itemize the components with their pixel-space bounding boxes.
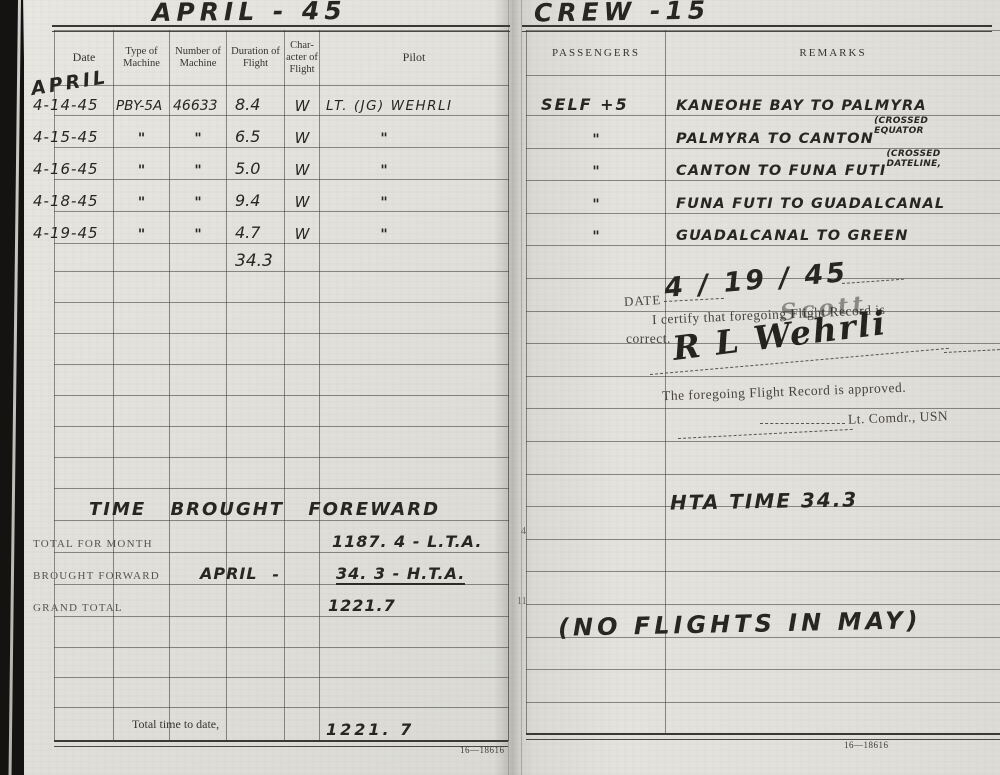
flight-date: 4-18-45 <box>33 192 99 210</box>
ditto-mark: " <box>290 163 478 179</box>
empty-row <box>55 617 509 648</box>
ditto-mark: " <box>170 131 226 147</box>
col-header-duration: Duration of Flight <box>227 31 285 86</box>
flight-duration: 9.4 <box>227 191 260 210</box>
flight-character: W <box>285 97 319 115</box>
left-page: APRIL - 45 DateAPRIL Type of Machine Num… <box>24 0 512 775</box>
form-number: 16—18616 <box>844 740 889 750</box>
time-brought-forward-row: TIME BROUGHT FOREWARD <box>55 489 509 521</box>
ditto-mark: " <box>114 163 169 179</box>
remarks-value: CANTON TO FUNA FUTI <box>666 163 887 179</box>
flight-duration: 5.0 <box>227 159 260 178</box>
empty-row <box>527 702 1000 735</box>
empty-row <box>55 678 509 708</box>
dashed-line <box>760 423 845 424</box>
empty-row <box>55 303 509 334</box>
remarks-value: KANEOHE BAY TO PALMYRA <box>666 98 927 114</box>
empty-row <box>527 441 1000 474</box>
empty-row <box>527 539 1000 572</box>
ditto-mark: " <box>114 131 169 147</box>
certification-date-label: DATE <box>624 292 662 310</box>
right-page-title: CREW -15 <box>534 0 711 28</box>
entry-row: " CANTON TO FUNA FUTI(CROSSED DATELINE, <box>527 148 1000 181</box>
left-page-title: APRIL - 45 <box>152 0 347 27</box>
ditto-mark: " <box>527 164 665 180</box>
ditto-mark: " <box>290 131 478 147</box>
gutter-crease <box>521 0 522 775</box>
passengers-value: SELF +5 <box>527 95 629 114</box>
month-total-value: 34.3 <box>227 251 273 271</box>
date-header-label: Date <box>73 50 96 64</box>
remarks-note: (CROSSED DATELINE, <box>887 149 953 170</box>
total-time-row: Total time to date, 1221. 7 <box>55 708 509 741</box>
remarks-value: GUADALCANAL TO GREEN <box>666 228 909 244</box>
ditto-mark: " <box>170 227 226 243</box>
ditto-mark: " <box>527 229 665 245</box>
flight-row: 4-15-45 " " 6.5 W " <box>55 116 509 148</box>
flight-date: 4-15-45 <box>33 128 99 146</box>
flight-date: 4-16-45 <box>33 160 99 178</box>
ditto-mark: " <box>290 195 478 211</box>
right-bottom-rule <box>526 733 1000 740</box>
brought-forward-label: BROUGHT FORWARD <box>33 570 160 582</box>
brought-forward-value: 34. 3 - H.T.A. <box>336 564 465 585</box>
entry-row: " FUNA FUTI TO GUADALCANAL <box>527 181 1000 214</box>
empty-row <box>527 572 1000 605</box>
col-header-type: Type of Machine <box>114 31 170 86</box>
flight-row: 4-14-45 PBY-5A 46633 8.4 W LT. (JG) WEHR… <box>55 86 509 116</box>
binding-highlight <box>9 0 21 775</box>
empty-row <box>527 637 1000 670</box>
ditto-mark: " <box>114 227 169 243</box>
empty-row <box>55 396 509 427</box>
flight-row: 4-16-45 " " 5.0 W " <box>55 148 509 180</box>
ditto-mark: " <box>170 163 226 179</box>
ditto-mark: " <box>290 227 478 243</box>
gutter-crease <box>508 0 509 775</box>
entry-row: " PALMYRA TO CANTON(CROSSED EQUATOR <box>527 116 1000 149</box>
machine-type: PBY-5A <box>114 98 162 114</box>
flight-duration: 8.4 <box>227 95 260 114</box>
total-for-month-value: 1187. 4 - L.T.A. <box>320 532 482 551</box>
col-header-remarks: REMARKS <box>666 31 1000 76</box>
empty-row <box>55 272 509 303</box>
time-brought-forward-note: TIME BROUGHT FOREWARD <box>55 499 440 520</box>
entry-row: " GUADALCANAL TO GREEN <box>527 213 1000 246</box>
empty-row <box>527 670 1000 703</box>
month-total-row: 34.3 <box>55 244 509 272</box>
empty-row <box>55 334 509 365</box>
grand-total-label: GRAND TOTAL <box>33 602 123 614</box>
col-header-number: Number of Machine <box>170 31 227 86</box>
logbook-photo: APRIL - 45 DateAPRIL Type of Machine Num… <box>0 0 1000 775</box>
empty-row <box>55 365 509 396</box>
remarks-value: FUNA FUTI TO GUADALCANAL <box>666 196 945 212</box>
ditto-mark: " <box>170 195 226 211</box>
flight-row: 4-19-45 " " 4.7 W " <box>55 212 509 244</box>
remarks-note: (CROSSED EQUATOR <box>874 116 940 137</box>
brought-forward-month: APRIL <box>170 564 258 583</box>
hta-time-note: HTA TIME 34.3 <box>670 487 859 514</box>
right-page: CREW -15 PASSENGERS REMARKS SELF +5 KANE… <box>512 0 1000 775</box>
ditto-mark: " <box>114 195 169 211</box>
ditto-mark: " <box>527 197 665 213</box>
empty-row <box>55 458 509 489</box>
remarks-value: PALMYRA TO CANTON <box>666 131 874 147</box>
total-time-label: Total time to date, <box>132 717 219 731</box>
col-header-passengers: PASSENGERS <box>527 31 666 76</box>
pilot-name: LT. (JG) WEHRLI <box>320 98 453 114</box>
flight-log-table: DateAPRIL Type of Machine Number of Mach… <box>54 30 509 741</box>
entry-row: SELF +5 KANEOHE BAY TO PALMYRA <box>527 76 1000 116</box>
flight-date: 4-19-45 <box>33 224 99 242</box>
flight-duration: 4.7 <box>227 223 260 242</box>
grand-total-value: 1221.7 <box>320 596 396 615</box>
certify-statement-line2: correct. <box>626 331 671 347</box>
table-header-row: PASSENGERS REMARKS <box>527 31 1000 76</box>
grand-total-row: GRAND TOTAL 1221.7 <box>55 585 509 617</box>
total-time-value: 1221. 7 <box>320 720 414 739</box>
empty-row <box>55 648 509 678</box>
flight-row: 4-18-45 " " 9.4 W " <box>55 180 509 212</box>
table-header-row: DateAPRIL Type of Machine Number of Mach… <box>55 31 509 86</box>
ditto-mark: " <box>527 132 665 148</box>
col-header-character: Char- acter of Flight <box>285 31 320 86</box>
empty-row <box>55 427 509 458</box>
left-bottom-rule <box>54 740 508 747</box>
col-header-date: DateAPRIL <box>55 31 114 86</box>
total-for-month-row: TOTAL FOR MONTH 1187. 4 - L.T.A. <box>55 521 509 553</box>
total-for-month-label: TOTAL FOR MONTH <box>33 538 153 550</box>
col-header-pilot: Pilot <box>320 31 509 86</box>
machine-number: 46633 <box>170 98 218 114</box>
flight-duration: 6.5 <box>227 127 260 146</box>
form-number: 16—18616 <box>460 745 505 755</box>
brought-forward-row: BROUGHT FORWARD APRIL - 34. 3 - H.T.A. <box>55 553 509 585</box>
